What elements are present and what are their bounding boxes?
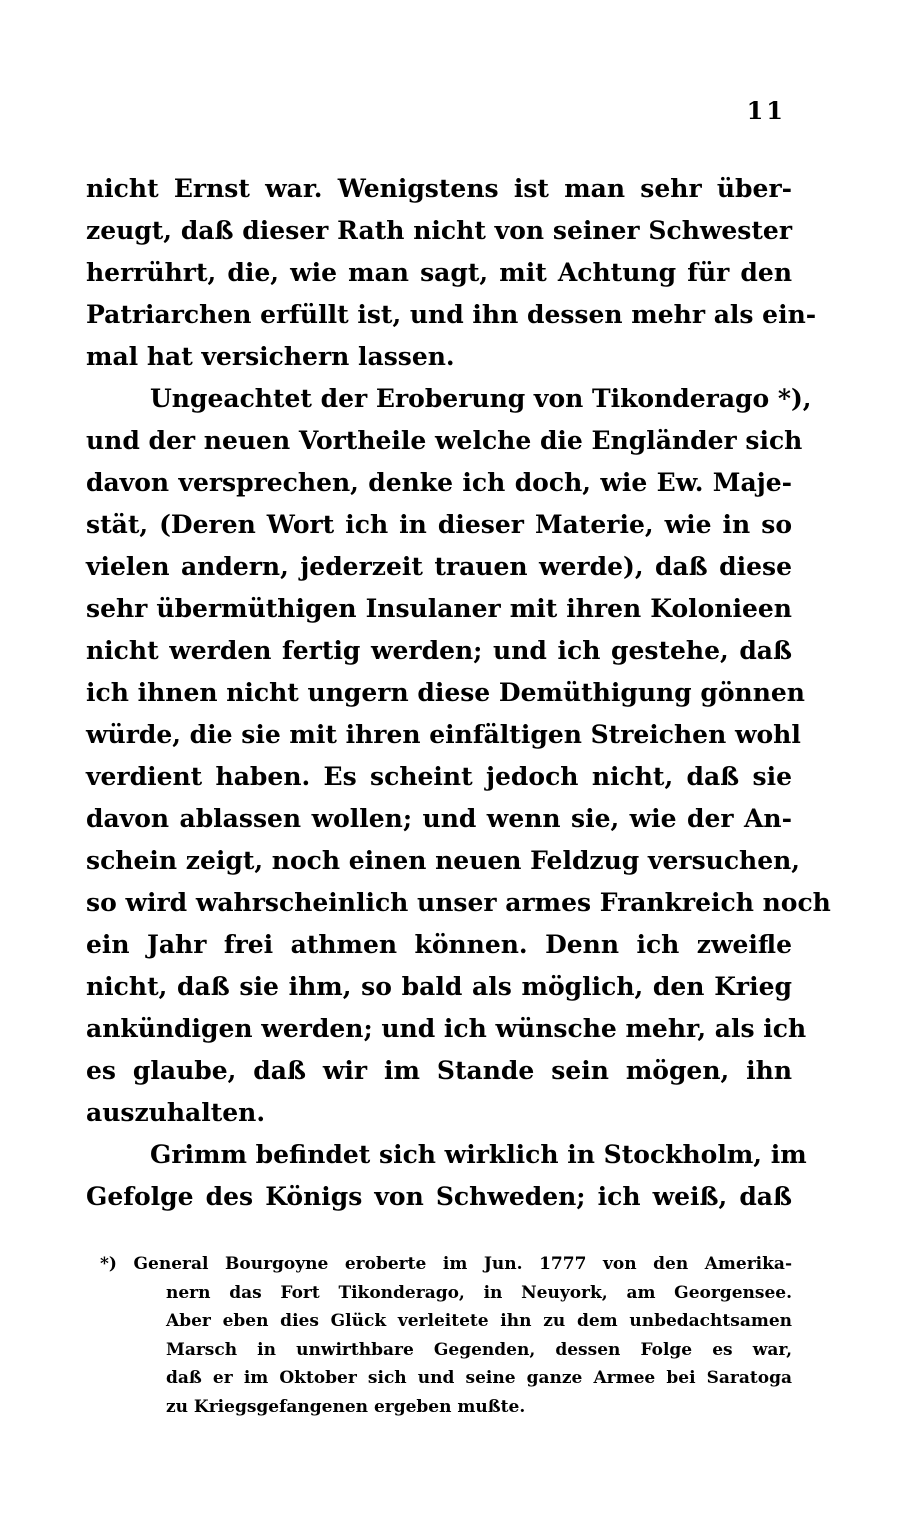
text-line: ein Jahr frei athmen können. Denn ich zw… (86, 924, 792, 966)
text-line: zeugt, daß dieser Rath nicht von seiner … (86, 210, 792, 252)
text-line: herrührt, die, wie man sagt, mit Achtung… (86, 252, 792, 294)
body-text: nicht Ernst war. Wenigstens ist man sehr… (86, 168, 792, 1218)
text-line: vielen andern, jederzeit trauen werde), … (86, 546, 792, 588)
text-line: schein zeigt, noch einen neuen Feldzug v… (86, 840, 792, 882)
footnote-line: nern das Fort Tikonderago, in Neuyork, a… (100, 1279, 792, 1308)
text-line: nicht Ernst war. Wenigstens ist man sehr… (86, 168, 792, 210)
text-line: ankündigen werden; und ich wünsche mehr,… (86, 1008, 792, 1050)
text-line: es glaube, daß wir im Stande sein mögen,… (86, 1050, 792, 1092)
text-line: Gefolge des Königs von Schweden; ich wei… (86, 1176, 792, 1218)
footnote-marker: *) (100, 1254, 117, 1274)
text-line: davon versprechen, denke ich doch, wie E… (86, 462, 792, 504)
text-line: und der neuen Vortheile welche die Englä… (86, 420, 792, 462)
footnote-line: daß er im Oktober sich und seine ganze A… (100, 1364, 792, 1393)
page-number: 11 (736, 96, 786, 125)
footnote-line: Aber eben dies Glück verleitete ihn zu d… (100, 1307, 792, 1336)
footnote-line: zu Kriegsgefangenen ergeben mußte. (100, 1393, 792, 1422)
text-line: mal hat versichern lassen. (86, 336, 792, 378)
text-line: auszuhalten. (86, 1092, 792, 1134)
paragraph-start-line: Grimm befindet sich wirklich in Stockhol… (86, 1134, 792, 1176)
text-line: verdient haben. Es scheint jedoch nicht,… (86, 756, 792, 798)
text-line: so wird wahrscheinlich unser armes Frank… (86, 882, 792, 924)
text-line: Patriarchen erfüllt ist, und ihn dessen … (86, 294, 792, 336)
footnote-line: Marsch in unwirthbare Gegenden, dessen F… (100, 1336, 792, 1365)
text-line: ich ihnen nicht ungern diese Demüthigung… (86, 672, 792, 714)
paragraph-start-line: Ungeachtet der Eroberung von Tikonderago… (86, 378, 792, 420)
footnote-line: *) General Bourgoyne eroberte im Jun. 17… (100, 1250, 792, 1279)
text-line: stät, (Deren Wort ich in dieser Materie,… (86, 504, 792, 546)
text-line: nicht werden fertig werden; und ich gest… (86, 630, 792, 672)
text-line: nicht, daß sie ihm, so bald als möglich,… (86, 966, 792, 1008)
text-line: würde, die sie mit ihren einfältigen Str… (86, 714, 792, 756)
book-page: 11 nicht Ernst war. Wenigstens ist man s… (0, 0, 900, 1533)
text-line: davon ablassen wollen; und wenn sie, wie… (86, 798, 792, 840)
text-line: sehr übermüthigen Insulaner mit ihren Ko… (86, 588, 792, 630)
footnote: *) General Bourgoyne eroberte im Jun. 17… (100, 1250, 792, 1421)
